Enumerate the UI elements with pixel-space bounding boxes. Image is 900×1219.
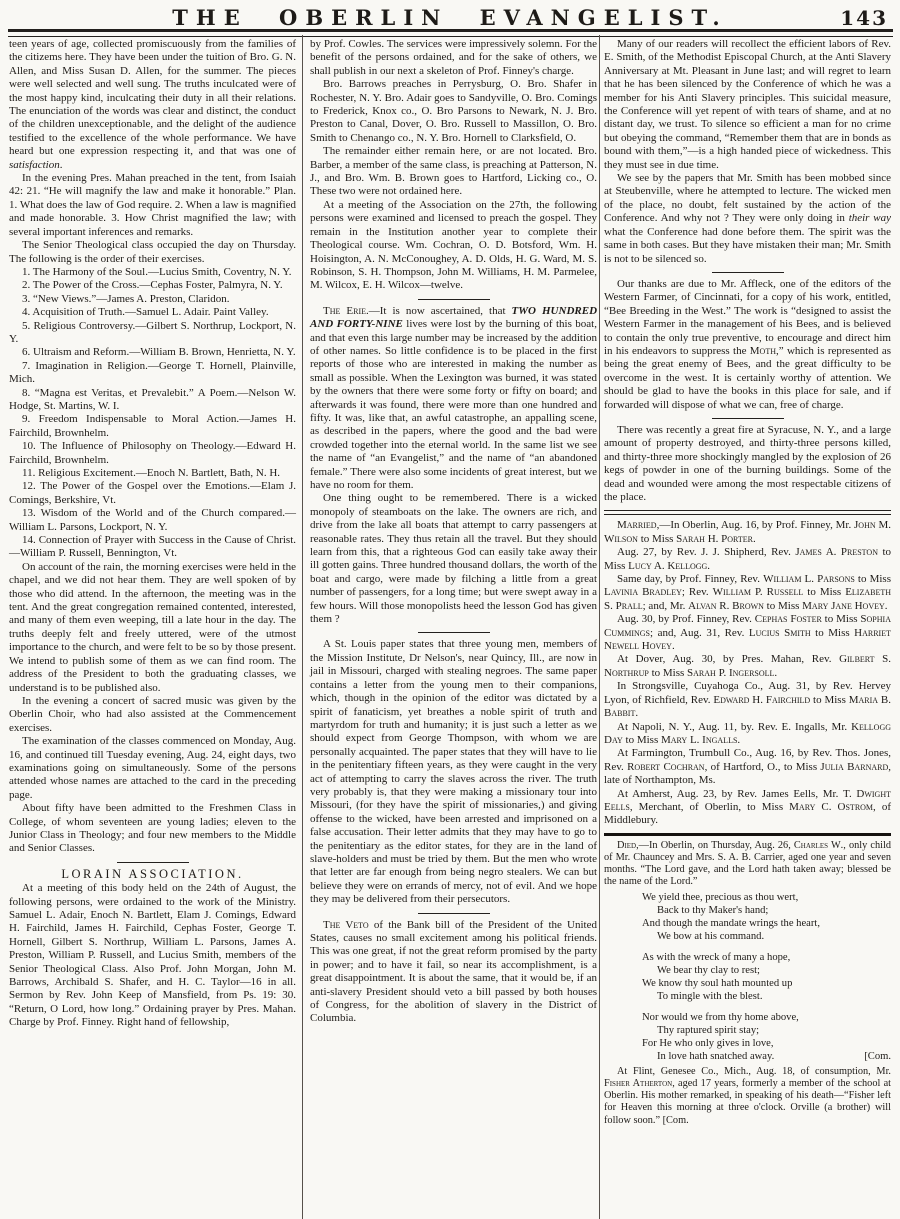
- paragraph: teen years of age, collected promiscuous…: [9, 38, 296, 172]
- poem-line: Thy raptured spirit stay;: [642, 1024, 891, 1037]
- paragraph: In the evening a concert of sacred music…: [9, 695, 296, 735]
- paragraph: 12. The Power of the Gospel over the Emo…: [9, 480, 296, 507]
- paragraph: Our thanks are due to Mr. Affleck, one o…: [604, 278, 891, 412]
- poem-line: And though the mandate wrings the heart,: [642, 917, 891, 930]
- poem-line: Back to thy Maker's hand;: [642, 904, 891, 917]
- paragraph: About fifty have been admitted to the Fr…: [9, 802, 296, 856]
- column-2: by Prof. Cowles. The services were impre…: [310, 38, 597, 1026]
- paragraph: At Napoli, N. Y., Aug. 11, by. Rev. E. I…: [604, 721, 891, 748]
- poem-stanza: Nor would we from thy home above,Thy rap…: [642, 1011, 891, 1063]
- column-divider-2: [599, 35, 600, 1219]
- paragraph: Bro. Barrows preaches in Perrysburg, O. …: [310, 78, 597, 145]
- section-divider: [117, 862, 189, 863]
- paragraph: There was recently a great fire at Syrac…: [604, 424, 891, 504]
- poem-line: In love hath snatched away.[Com.: [642, 1050, 891, 1063]
- masthead-rule: [8, 29, 893, 37]
- paragraph: 8. “Magna est Veritas, et Prevalebit.” A…: [9, 387, 296, 414]
- poem-attribution: [Com.: [864, 1050, 891, 1063]
- paragraph: Aug. 30, by Prof. Finney, Rev. Cephas Fo…: [604, 613, 891, 653]
- poem-line: To mingle with the blest.: [642, 990, 891, 1003]
- paragraph: The Erie.—It is now ascertained, that TW…: [310, 305, 597, 493]
- paragraph: Died,—In Oberlin, on Thursday, Aug. 26, …: [604, 840, 891, 888]
- poem-line: We bear thy clay to rest;: [642, 964, 891, 977]
- poem-stanza: As with the wreck of many a hope,We bear…: [642, 951, 891, 1003]
- section-divider: [418, 632, 490, 633]
- poem-line: We bow at his command.: [642, 930, 891, 943]
- obituary-poem: We yield thee, precious as thou wert,Bac…: [642, 891, 891, 1063]
- paragraph: The examination of the classes commenced…: [9, 735, 296, 802]
- section-divider: [418, 299, 490, 300]
- paragraph: 3. “New Views.”—James A. Preston, Clarid…: [9, 293, 296, 306]
- poem-line: We yield thee, precious as thou wert,: [642, 891, 891, 904]
- paragraph: The remainder either remain here, or are…: [310, 145, 597, 199]
- poem-line: For He who only gives in love,: [642, 1037, 891, 1050]
- paragraph: Aug. 27, by Rev. J. J. Shipherd, Rev. Ja…: [604, 546, 891, 573]
- paragraph: At a meeting of the Association on the 2…: [310, 199, 597, 293]
- paragraph: 7. Imagination in Religion.—George T. Ho…: [9, 360, 296, 387]
- paragraph: The Senior Theological class occupied th…: [9, 239, 296, 266]
- masthead-title: THE OBERLIN EVANGELIST.: [0, 5, 900, 30]
- newspaper-page: THE OBERLIN EVANGELIST. 143 teen years o…: [0, 0, 900, 1219]
- section-rule: [604, 510, 891, 515]
- poem-line: Nor would we from thy home above,: [642, 1011, 891, 1024]
- paragraph: 11. Religious Excitement.—Enoch N. Bartl…: [9, 467, 296, 480]
- page-number: 143: [840, 6, 888, 30]
- paragraph: 4. Acquisition of Truth.—Samuel L. Adair…: [9, 306, 296, 319]
- section-heading: LORAIN ASSOCIATION.: [9, 868, 296, 881]
- poem-line: We know thy soul hath mounted up: [642, 977, 891, 990]
- paragraph: At Farmington, Trumbull Co., Aug. 16, by…: [604, 747, 891, 787]
- paragraph: At Dover, Aug. 30, by Pres. Mahan, Rev. …: [604, 653, 891, 680]
- paragraph: 10. The Influence of Philosophy on Theol…: [9, 440, 296, 467]
- paragraph: Same day, by Prof. Finney, Rev. William …: [604, 573, 891, 613]
- section-rule: [604, 833, 891, 836]
- paragraph: A St. Louis paper states that three youn…: [310, 638, 597, 906]
- paragraph: The Veto of the Bank bill of the Preside…: [310, 919, 597, 1026]
- paragraph: At Amherst, Aug. 23, by Rev. James Eells…: [604, 788, 891, 828]
- section-divider: [418, 913, 490, 914]
- paragraph: 2. The Power of the Cross.—Cephas Foster…: [9, 279, 296, 292]
- paragraph: 13. Wisdom of the World and of the Churc…: [9, 507, 296, 534]
- paragraph: One thing ought to be remembered. There …: [310, 492, 597, 626]
- paragraph: In Strongsville, Cuyahoga Co., Aug. 31, …: [604, 680, 891, 720]
- poem-stanza: We yield thee, precious as thou wert,Bac…: [642, 891, 891, 943]
- column-3: Many of our readers will recollect the e…: [604, 38, 891, 1127]
- poem-line: As with the wreck of many a hope,: [642, 951, 891, 964]
- paragraph: Married,—In Oberlin, Aug. 16, by Prof. F…: [604, 519, 891, 546]
- paragraph: 6. Ultraism and Reform.—William B. Brown…: [9, 346, 296, 359]
- column-1: teen years of age, collected promiscuous…: [9, 38, 296, 1030]
- paragraph: In the evening Pres. Mahan preached in t…: [9, 172, 296, 239]
- paragraph: We see by the papers that Mr. Smith has …: [604, 172, 891, 266]
- paragraph: 9. Freedom Indispensable to Moral Action…: [9, 413, 296, 440]
- paragraph: by Prof. Cowles. The services were impre…: [310, 38, 597, 78]
- paragraph: Many of our readers will recollect the e…: [604, 38, 891, 172]
- section-divider: [712, 418, 784, 419]
- paragraph: 1. The Harmony of the Soul.—Lucius Smith…: [9, 266, 296, 279]
- paragraph: At a meeting of this body held on the 24…: [9, 882, 296, 1029]
- paragraph: At Flint, Genesee Co., Mich., Aug. 18, o…: [604, 1066, 891, 1126]
- paragraph: 5. Religious Controversy.—Gilbert S. Nor…: [9, 320, 296, 347]
- paragraph: On account of the rain, the morning exer…: [9, 561, 296, 695]
- paragraph: 14. Connection of Prayer with Success in…: [9, 534, 296, 561]
- column-divider-1: [302, 35, 303, 1219]
- section-divider: [712, 272, 784, 273]
